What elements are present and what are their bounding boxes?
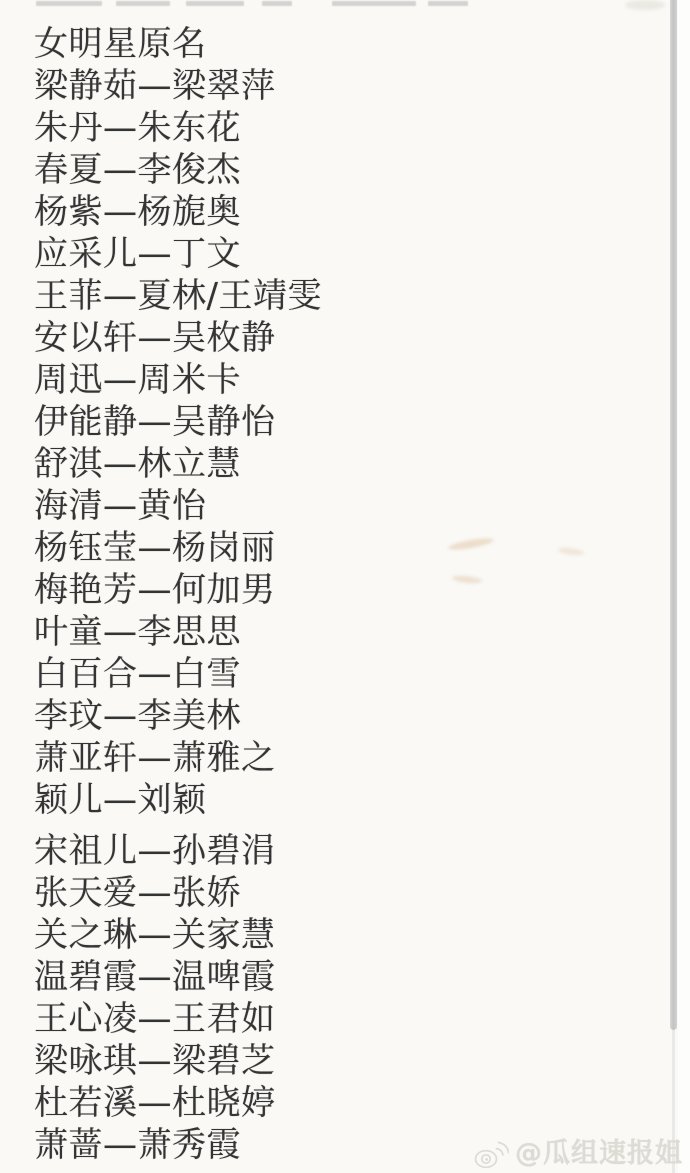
name-pair-row: 伊能静—吴静怡 <box>34 401 322 443</box>
watermark: @瓜组速报姐 <box>473 1137 683 1171</box>
name-pair-row: 朱丹—朱东花 <box>34 107 322 149</box>
name-pair-row: 萧亚轩—萧雅之 <box>34 737 322 779</box>
list-title: 女明星原名 <box>34 23 322 65</box>
smudge-mark <box>448 536 495 552</box>
name-pair-row: 颖儿—刘颖 <box>34 779 322 821</box>
text-fragment <box>116 1 170 6</box>
text-fragment <box>262 1 292 6</box>
entries: 梁静茹—梁翠萍朱丹—朱东花春夏—李俊杰杨紫—杨旎奥应采儿—丁文王菲—夏林/王靖雯… <box>34 65 322 1166</box>
name-pair-row: 温碧霞—温啤霞 <box>34 956 322 998</box>
name-pair-row: 春夏—李俊杰 <box>34 149 322 191</box>
smudge-mark <box>558 546 585 557</box>
name-pair-row: 萧蔷—萧秀霞 <box>34 1124 322 1166</box>
cropped-line-remnant <box>0 0 670 9</box>
name-pair-row: 周迅—周米卡 <box>34 359 322 401</box>
name-pair-row: 安以轩—吴枚静 <box>34 317 322 359</box>
name-pair-row: 张天爱—张娇 <box>34 872 322 914</box>
name-pair-row: 梁咏琪—梁碧芝 <box>34 1040 322 1082</box>
name-pair-row: 应采儿—丁文 <box>34 233 322 275</box>
name-pair-row: 梁静茹—梁翠萍 <box>34 65 322 107</box>
name-pair-row: 宋祖儿—孙碧涓 <box>34 830 322 872</box>
text-fragment <box>428 1 468 6</box>
screenshot-root: 女明星原名 梁静茹—梁翠萍朱丹—朱东花春夏—李俊杰杨紫—杨旎奥应采儿—丁文王菲—… <box>0 0 690 1173</box>
name-list: 女明星原名 梁静茹—梁翠萍朱丹—朱东花春夏—李俊杰杨紫—杨旎奥应采儿—丁文王菲—… <box>34 23 322 1166</box>
name-pair-row: 李玟—李美林 <box>34 695 322 737</box>
name-pair-row: 梅艳芳—何加男 <box>34 569 322 611</box>
text-fragment <box>332 1 416 6</box>
text-fragment <box>36 1 102 6</box>
name-pair-row: 王菲—夏林/王靖雯 <box>34 275 322 317</box>
name-pair-row: 关之琳—关家慧 <box>34 914 322 956</box>
weibo-logo-icon <box>473 1139 509 1169</box>
name-pair-row: 白百合—白雪 <box>34 653 322 695</box>
watermark-handle: @瓜组速报姐 <box>515 1137 683 1171</box>
name-pair-row: 王心凌—王君如 <box>34 998 322 1040</box>
name-pair-row: 海清—黄怡 <box>34 485 322 527</box>
name-pair-row: 叶童—李思思 <box>34 611 322 653</box>
name-pair-row: 舒淇—林立慧 <box>34 443 322 485</box>
name-pair-row: 杨钰莹—杨岗丽 <box>34 527 322 569</box>
name-pair-row: 杜若溪—杜晓婷 <box>34 1082 322 1124</box>
smudge-mark <box>452 574 483 584</box>
text-fragment <box>186 1 244 6</box>
scrollbar-thumb[interactable] <box>670 0 677 1030</box>
name-pair-row: 杨紫—杨旎奥 <box>34 191 322 233</box>
right-margin <box>678 0 690 1173</box>
